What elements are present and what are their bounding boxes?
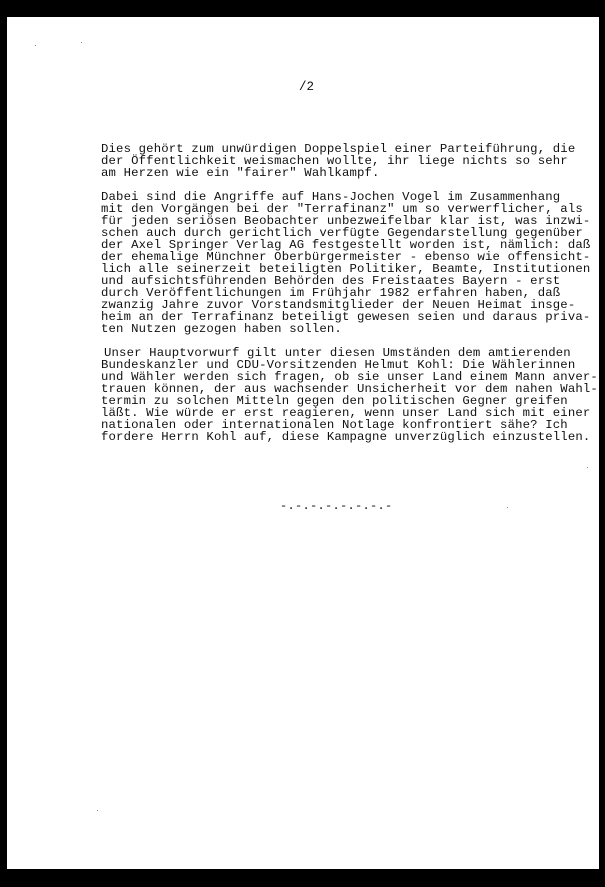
scan-speck [97,810,98,811]
text-line: fordere Herrn Kohl auf, diese Kampagne u… [101,431,581,443]
paragraph-1: Dies gehört zum unwürdigen Doppelspiel e… [101,143,581,179]
document-page: /2 Dies gehört zum unwürdigen Doppelspie… [7,17,599,869]
page-number: /2 [299,80,314,94]
scan-speck [35,45,36,46]
paragraph-2: Dabei sind die Angriffe auf Hans-Jochen … [101,191,581,335]
scan-speck [81,42,82,43]
closing-mark: -.-.-.-.-.-.-.- [280,499,393,513]
text-line: ten Nutzen gezogen haben sollen. [101,323,581,335]
text-line: am Herzen wie ein "fairer" Wahlkampf. [101,167,581,179]
document-body: Dies gehört zum unwürdigen Doppelspiel e… [101,143,581,455]
scan-speck [587,467,588,468]
paragraph-3: Unser Hauptvorwurf gilt unter diesen Ums… [101,347,581,443]
scan-speck [507,507,508,508]
